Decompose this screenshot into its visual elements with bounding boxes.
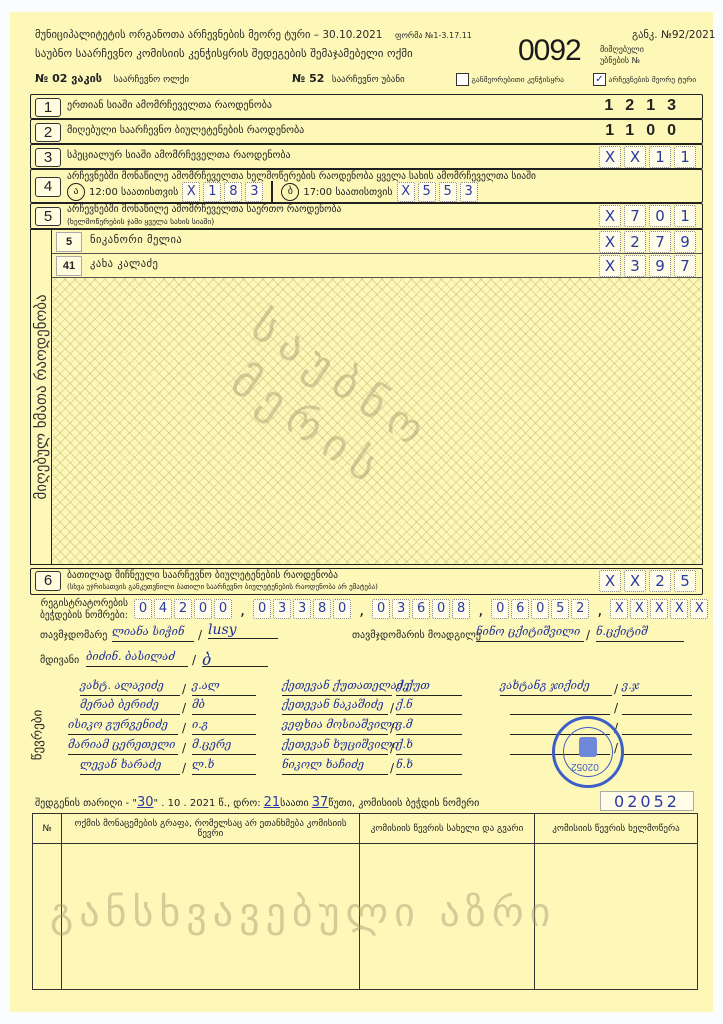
second-round-option[interactable]: ✓ არჩევნების მეორე ტური — [593, 73, 696, 86]
time-hour[interactable]: 21 — [264, 795, 281, 810]
row-number: 6 — [35, 571, 61, 591]
digit-cell[interactable]: X — [624, 146, 646, 168]
digit-cell[interactable]: X — [610, 599, 628, 619]
row-value: 1100 — [605, 122, 688, 140]
member-signature[interactable]: მ.ცერე — [192, 738, 256, 755]
precinct-number: № 52 — [292, 72, 324, 85]
member-signature[interactable]: ვ.ჯ — [622, 679, 692, 696]
digit-cell[interactable]: 2 — [571, 599, 589, 619]
candidate-number: 5 — [56, 232, 82, 252]
digit-cell[interactable]: 0 — [333, 599, 351, 619]
row-value[interactable]: X 7 0 1 — [599, 205, 696, 227]
form-code: ფორმა №1-3.17.11 — [395, 31, 472, 40]
member-signature-empty[interactable] — [622, 718, 692, 735]
annex-number: განკ. №92/2021 — [632, 29, 716, 41]
row-6-invalid-ballots: 6 ბათილად მიჩნეული საარჩევნო ბიულეტენები… — [30, 568, 703, 595]
row-value[interactable]: X X 2 5 — [599, 570, 696, 592]
members-vertical-label: წევრები — [28, 690, 48, 780]
slash: / — [192, 653, 196, 667]
digit-cell[interactable]: 2 — [174, 599, 192, 619]
commission-stamp: 02052 — [552, 716, 624, 788]
date-line: შედგენის თარიღი - " 30 " . 10 . 2021 წ.,… — [35, 795, 479, 810]
b-time-label: 17:00 საათისთვის — [303, 187, 392, 198]
secretary-signature[interactable]: ბ — [202, 650, 268, 667]
seal-number-field[interactable]: 02052 — [600, 791, 694, 811]
election-title: მუნიციპალიტეტის ორგანოთა არჩევნების მეორ… — [35, 29, 382, 41]
slash: / — [198, 628, 202, 642]
member-signature[interactable]: ქ.ნ — [396, 698, 462, 715]
member-name[interactable]: ქეთევან ხუციშვილი — [282, 738, 388, 755]
time-minute[interactable]: 37 — [312, 795, 329, 810]
deputy-label: თავმჯდომარის მოადგილე — [352, 630, 481, 641]
member-signature[interactable]: ლ.ხ — [192, 758, 256, 775]
digit-cell[interactable]: X — [599, 231, 621, 253]
row-number: 1 — [35, 98, 61, 117]
protocol-number-label: მიმღებული უბნების № — [600, 44, 655, 66]
row-label: სპეციალურ სიაში ამომრჩეველთა რაოდენობა — [67, 150, 291, 161]
member-signature-empty[interactable] — [622, 698, 692, 715]
candidate-name: კახა კალაძე — [90, 258, 158, 270]
votes-vertical-label: მიღებულ ხმათა რაოდენობა — [31, 230, 52, 564]
digit-cell[interactable]: 0 — [432, 599, 450, 619]
row-value: 1213 — [604, 97, 688, 115]
member-name[interactable]: ქეთევან ქუთათელაძე — [282, 679, 392, 696]
digit-cell[interactable]: 0 — [649, 205, 671, 227]
member-signature-empty[interactable] — [622, 738, 692, 755]
seal-number[interactable]: XXXXX — [610, 599, 708, 619]
row-label: ერთიან სიაში ამომრჩეველთა რაოდენობა — [67, 100, 272, 111]
row-4-signatures: 4 არჩევნებში მონაწილე ამომრჩეველთა ხელმო… — [30, 169, 703, 203]
chair-label: თავმჯდომარე — [40, 630, 107, 641]
digit-cell[interactable]: 0 — [491, 599, 509, 619]
row-5-total-participants: 5 არჩევნებში მონაწილე ამომრჩეველთა საერთ… — [30, 203, 703, 229]
digit-cell[interactable]: 6 — [511, 599, 529, 619]
member-name[interactable]: ვახტ. ალავიძე — [80, 679, 180, 696]
digit-cell[interactable]: 9 — [649, 255, 671, 277]
protocol-number: 0092 — [518, 34, 581, 68]
row-3-special-list: 3 სპეციალურ სიაში ამომრჩეველთა რაოდენობა… — [30, 144, 703, 169]
repeat-vote-checkbox[interactable] — [456, 73, 469, 86]
digit-cell[interactable]: 6 — [412, 599, 430, 619]
row-2-received-ballots: 2 მიღებული საარჩევნო ბიულეტენების რაოდენ… — [30, 119, 703, 144]
district-label: საარჩევნო ოლქი — [114, 75, 189, 85]
digit-cell[interactable]: 7 — [624, 205, 646, 227]
member-signature[interactable]: ქ.ხ — [396, 738, 462, 755]
row-number: 4 — [35, 177, 61, 197]
row-value[interactable]: X X 1 1 — [599, 146, 696, 168]
col-member-signature: კომისიის წევრის ხელმოწერა — [535, 814, 698, 844]
row-label: არჩევნებში მონაწილე ამომრჩეველთა საერთო … — [67, 204, 341, 215]
digit-cell[interactable]: 3 — [624, 255, 646, 277]
precinct-info: № 52 საარჩევნო უბანი — [292, 72, 405, 85]
repeat-vote-label: განმეორებითი კენჭისყრა — [472, 75, 564, 84]
digit-cell[interactable]: 3 — [460, 182, 478, 202]
member-name[interactable]: მარიამ ცერეთელი — [68, 738, 178, 755]
digit-cell[interactable]: X — [670, 599, 688, 619]
member-signature[interactable]: ნ.ხ — [396, 758, 462, 775]
second-round-label: არჩევნების მეორე ტური — [609, 75, 697, 84]
deputy-name[interactable]: ნინო ცქიტიშვილი — [476, 625, 584, 642]
digit-cell[interactable]: X — [599, 146, 621, 168]
digit-cell[interactable]: X — [599, 570, 621, 592]
col-number: № — [33, 814, 62, 844]
registrar-seals-label: რეგისტრატორების ბეჭდების ნომრები: — [40, 598, 128, 622]
row-sublabel: (სხვა უჯრისათვის განკუთვნილი ბათილი საარ… — [67, 583, 378, 591]
digit-cell[interactable]: 0 — [214, 599, 232, 619]
digit-cell[interactable]: 8 — [452, 599, 470, 619]
a-time-label: 12:00 საათისთვის — [89, 187, 178, 198]
digit-cell[interactable]: X — [624, 570, 646, 592]
seal-number[interactable]: 03608 — [372, 599, 470, 619]
district-number: № 02 ვაკის — [35, 72, 102, 85]
digit-cell[interactable]: X — [630, 599, 648, 619]
divider — [271, 181, 273, 203]
member-name[interactable]: ქეთევან ნაკაშიძე — [282, 698, 388, 715]
member-signature[interactable]: ვ.ალ — [192, 679, 256, 696]
row-number: 5 — [35, 207, 61, 226]
candidate-row: 5 ნიკანორი მელია X 2 7 9 — [52, 230, 702, 254]
digit-cell[interactable]: 3 — [245, 182, 263, 202]
precinct-label: საარჩევნო უბანი — [332, 75, 405, 85]
digit-cell[interactable]: 4 — [154, 599, 172, 619]
digit-cell[interactable]: X — [397, 182, 415, 202]
row-number: 3 — [35, 148, 61, 167]
digit-cell[interactable]: 0 — [253, 599, 271, 619]
digit-cell[interactable]: 3 — [273, 599, 291, 619]
digit-cell[interactable]: X — [599, 255, 621, 277]
digit-cell[interactable]: X — [650, 599, 668, 619]
col-member-name: კომისიის წევრის სახელი და გვარი — [360, 814, 535, 844]
row-1-total-voters: 1 ერთიან სიაში ამომრჩეველთა რაოდენობა 12… — [30, 94, 703, 119]
row-label: მიღებული საარჩევნო ბიულეტენების რაოდენობ… — [67, 125, 304, 136]
candidate-name: ნიკანორი მელია — [90, 234, 182, 246]
slash: / — [586, 628, 590, 642]
protocol-title: საუბნო საარჩევნო კომისიის კენჭისყრის შედ… — [35, 47, 413, 60]
stamp-code: 02052 — [571, 761, 599, 772]
candidate-number: 41 — [56, 256, 82, 276]
chair-signature[interactable]: lusy — [208, 622, 278, 639]
secretary-name[interactable]: ბიძინ. ბასილაძ — [86, 650, 188, 667]
digit-cell[interactable]: 5 — [418, 182, 436, 202]
marker-a: ა — [67, 183, 85, 201]
secretary-label: მდივანი — [40, 655, 79, 666]
member-signature[interactable]: ი.გ — [192, 718, 256, 735]
marker-b: ბ — [281, 183, 299, 201]
digit-cell[interactable]: 1 — [649, 146, 671, 168]
repeat-vote-option[interactable]: განმეორებითი კენჭისყრა — [456, 73, 564, 86]
digit-cell[interactable]: 3 — [392, 599, 410, 619]
candidate-votes[interactable]: X 3 9 7 — [599, 255, 696, 277]
member-name[interactable]: ვახტანგ ჯიქიძე — [500, 679, 612, 696]
member-signature[interactable]: ქ.ქუთ — [396, 679, 462, 696]
dissent-watermark: განსხვავებული აზრი — [50, 890, 556, 936]
digit-cell[interactable]: 0 — [134, 599, 152, 619]
row-label: ბათილად მიჩნეული საარჩევნო ბიულეტენების … — [67, 570, 338, 581]
col-data-field: ოქმის მონაცემების გრაფა, რომელსაც არ ეთა… — [62, 814, 360, 844]
digit-cell[interactable]: X — [599, 205, 621, 227]
row-4-breakdown: ა 12:00 საათისთვის X 1 8 3 ბ 17:00 საათი… — [67, 181, 478, 203]
b-value[interactable]: X 5 5 3 — [397, 182, 478, 202]
digit-cell[interactable]: 7 — [649, 231, 671, 253]
chair-name[interactable]: ლიანა სიჭინ — [112, 625, 194, 642]
member-name-empty[interactable] — [510, 698, 610, 715]
row-number: 2 — [35, 123, 61, 142]
digit-cell[interactable]: 5 — [439, 182, 457, 202]
seal-number[interactable]: 04200 — [134, 599, 232, 619]
member-name[interactable]: ისიკო გურგენიძე — [68, 718, 178, 735]
digit-cell[interactable]: 8 — [224, 182, 242, 202]
second-round-checkbox[interactable]: ✓ — [593, 73, 606, 86]
seal-number[interactable]: 03380 — [253, 599, 351, 619]
coat-of-arms-icon — [579, 737, 597, 757]
digit-cell[interactable]: 2 — [649, 570, 671, 592]
digit-cell[interactable]: 5 — [674, 570, 696, 592]
district-info: № 02 ვაკის საარჩევნო ოლქი — [35, 72, 189, 85]
candidate-row: 41 კახა კალაძე X 3 9 7 — [52, 254, 702, 278]
date-day[interactable]: 30 — [137, 795, 154, 810]
digit-cell[interactable]: 1 — [203, 182, 221, 202]
member-signature[interactable]: მბ — [192, 698, 256, 715]
digit-cell[interactable]: 2 — [624, 231, 646, 253]
digit-cell[interactable]: 1 — [674, 205, 696, 227]
row-sublabel: (ხელმოწერების ჯამი ყველა სახის სიაში) — [67, 217, 214, 226]
a-value[interactable]: X 1 8 3 — [182, 182, 263, 202]
digit-cell[interactable]: X — [182, 182, 200, 202]
seal-number[interactable]: 06052 — [491, 599, 589, 619]
member-name[interactable]: ლევან ხარაძე — [80, 758, 180, 775]
cell[interactable] — [535, 844, 698, 990]
digit-cell[interactable]: 3 — [293, 599, 311, 619]
digit-cell[interactable]: 9 — [674, 231, 696, 253]
member-name[interactable]: ნიკოლ ხაჩიძე — [282, 758, 388, 775]
registrar-seal-numbers: 04200 , 03380 , 03608 , 06052 , XXXXX — [134, 599, 708, 619]
digit-cell[interactable]: 1 — [674, 146, 696, 168]
digit-cell[interactable]: 7 — [674, 255, 696, 277]
member-name[interactable]: ვეფხია მოსიაშვილი — [282, 718, 388, 735]
digit-cell[interactable]: 0 — [531, 599, 549, 619]
member-name[interactable]: მერაბ ბერიძე — [80, 698, 180, 715]
candidate-votes[interactable]: X 2 7 9 — [599, 231, 696, 253]
digit-cell[interactable]: 5 — [551, 599, 569, 619]
digit-cell[interactable]: 8 — [313, 599, 331, 619]
deputy-signature[interactable]: ნ.ცქიტიშ — [596, 625, 684, 642]
digit-cell[interactable]: 0 — [372, 599, 390, 619]
digit-cell[interactable]: 0 — [194, 599, 212, 619]
votes-section: მიღებულ ხმათა რაოდენობა 5 ნიკანორი მელია… — [30, 229, 703, 565]
digit-cell[interactable]: X — [690, 599, 708, 619]
member-signature[interactable]: ვ.მ — [396, 718, 462, 735]
